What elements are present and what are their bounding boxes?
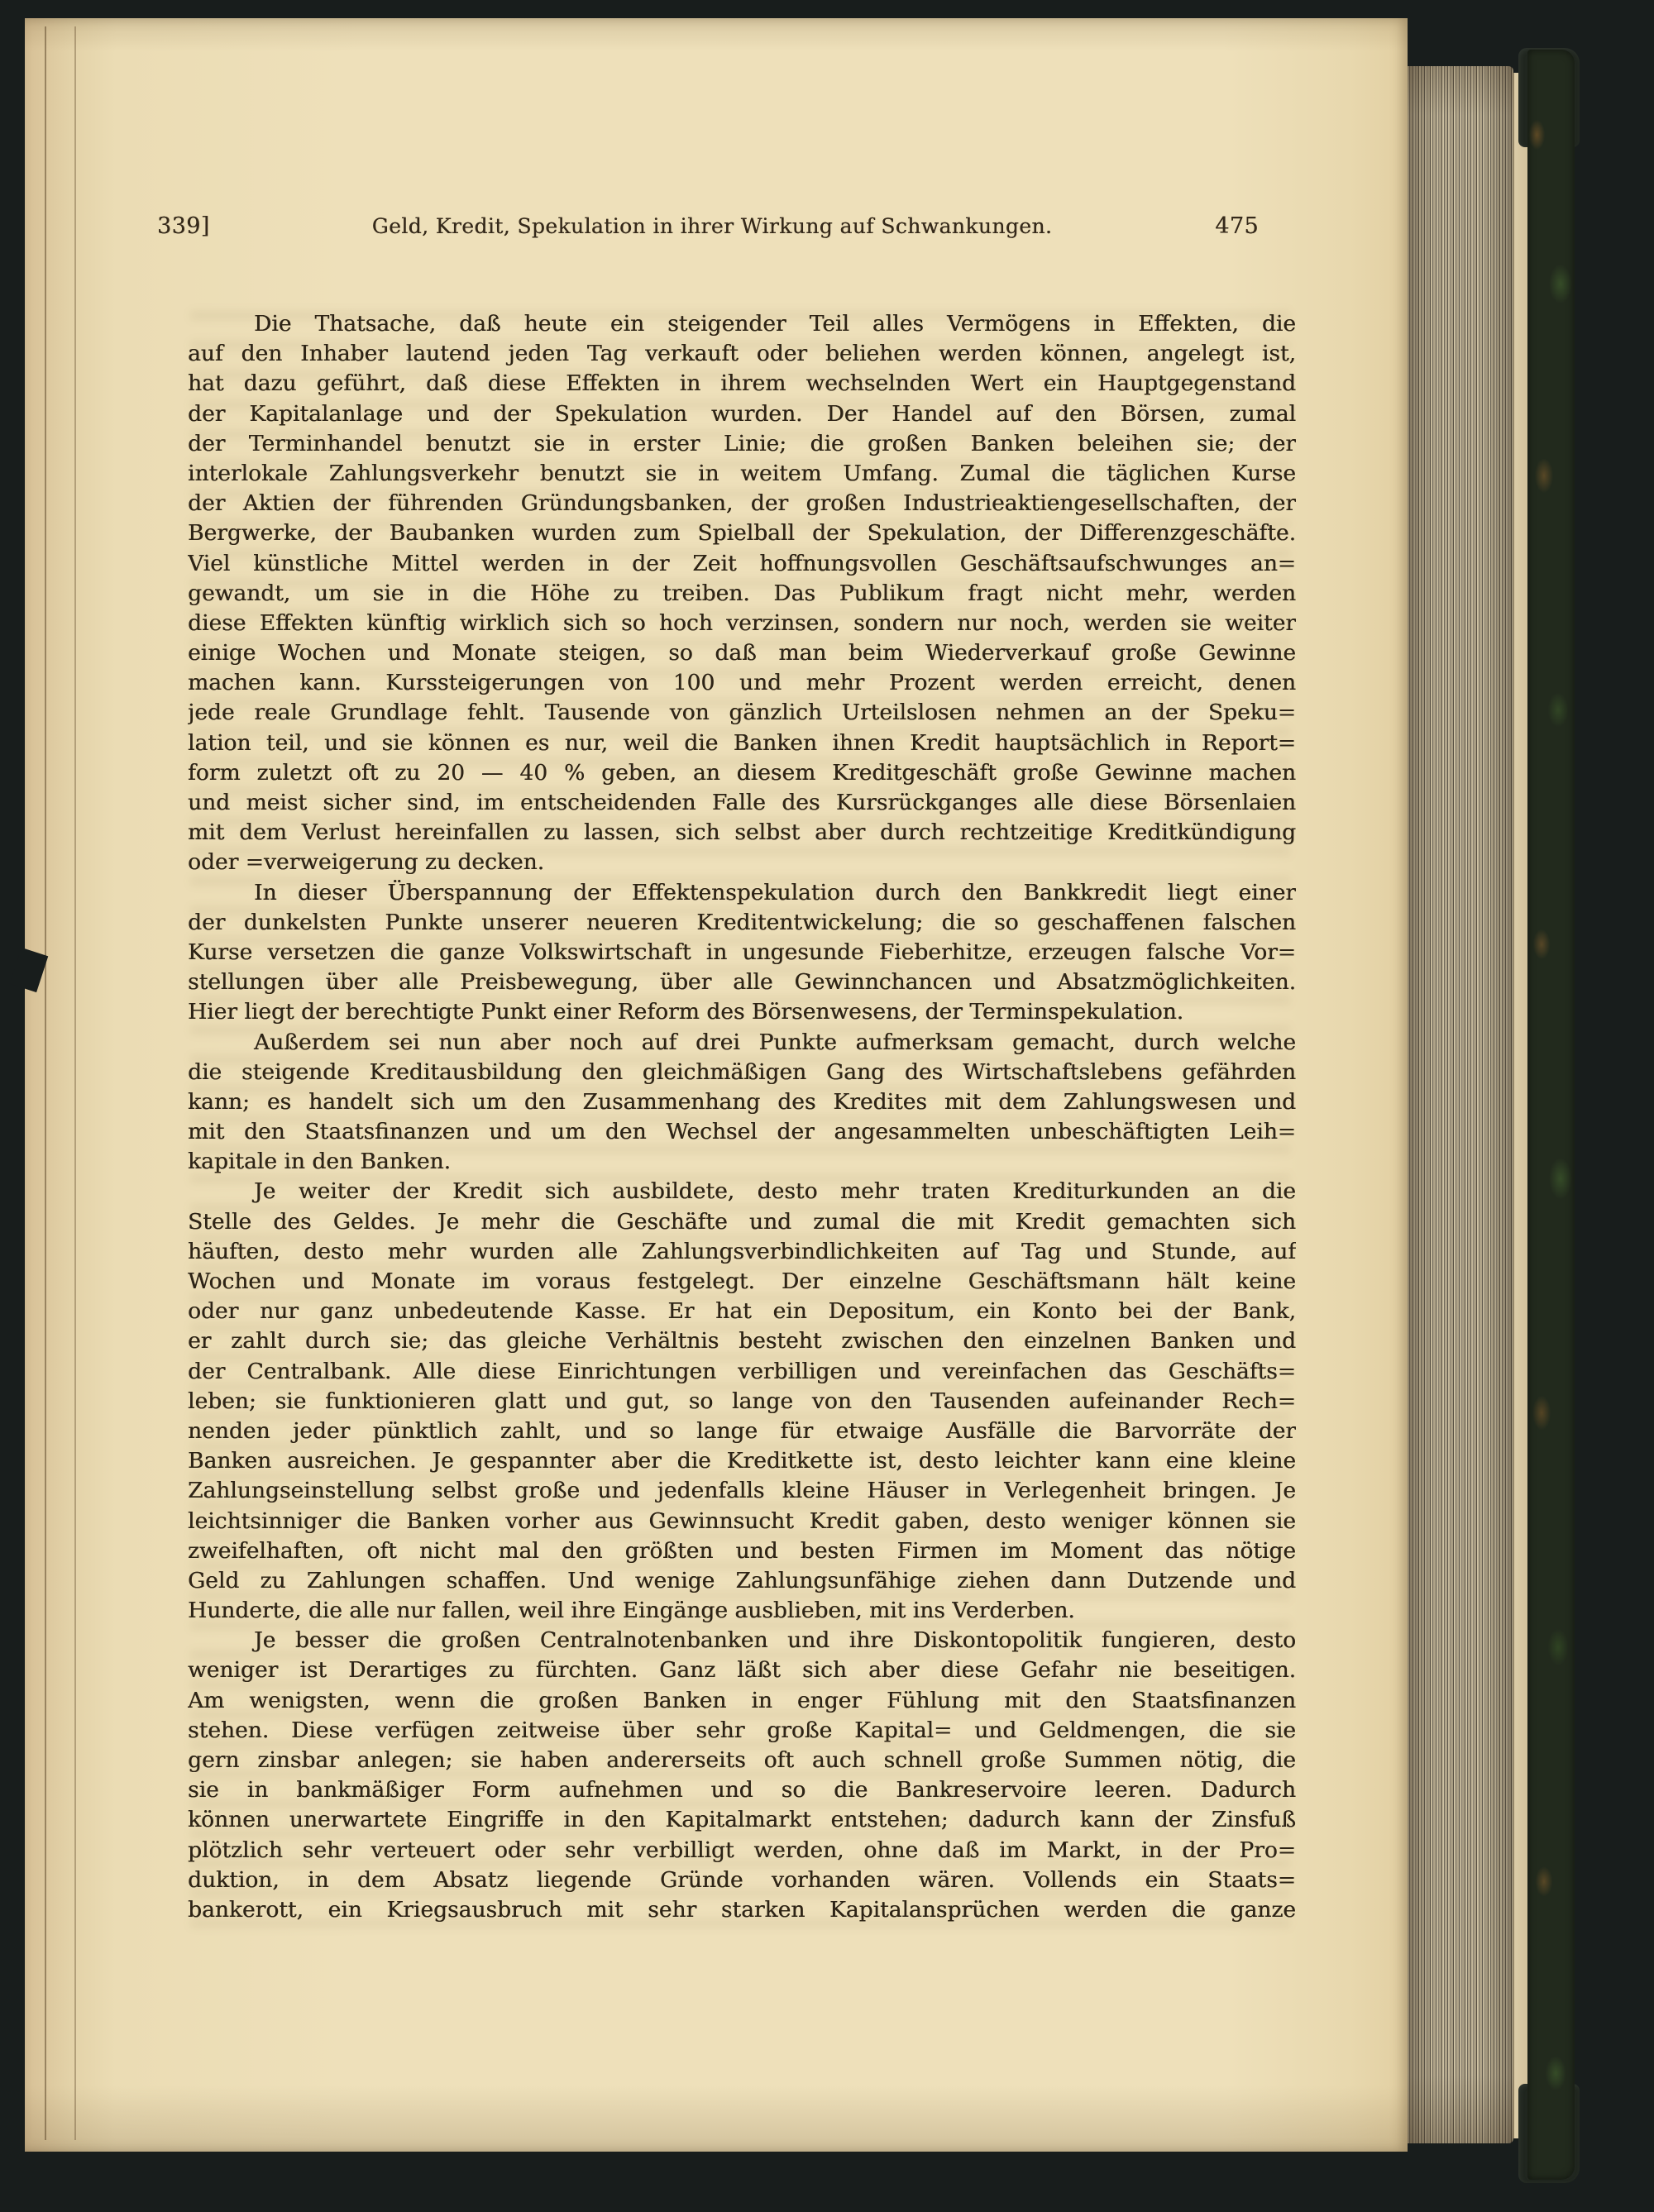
text-line: Stelle des Geldes. Je mehr die Geschäfte… bbox=[188, 1207, 1296, 1237]
paragraph: Außerdem sei nun aber noch auf drei Punk… bbox=[188, 1028, 1296, 1178]
text-line: Hunderte, die alle nur fallen, weil ihre… bbox=[188, 1596, 1296, 1626]
text-line: Geld zu Zahlungen schaffen. Und wenige Z… bbox=[188, 1566, 1296, 1596]
text-line: der Aktien der führenden Gründungsbanken… bbox=[188, 489, 1296, 518]
text-line: Je weiter der Kredit sich ausbildete, de… bbox=[188, 1177, 1296, 1206]
paragraph: Die Thatsache, daß heute ein steigender … bbox=[188, 309, 1296, 878]
text-line: sie in bankmäßiger Form aufnehmen und so… bbox=[188, 1775, 1296, 1805]
text-line: jede reale Grundlage fehlt. Tausende von… bbox=[188, 698, 1296, 728]
text-line: der Terminhandel benutzt sie in erster L… bbox=[188, 429, 1296, 459]
paragraph: In dieser Überspannung der Effektenspeku… bbox=[188, 878, 1296, 1028]
text-line: kapitale in den Banken. bbox=[188, 1147, 1296, 1177]
paragraph: Je weiter der Kredit sich ausbildete, de… bbox=[188, 1177, 1296, 1626]
text-line: nenden jeder pünktlich zahlt, und so lan… bbox=[188, 1417, 1296, 1446]
gutter-page-edge-line bbox=[45, 26, 46, 2140]
flyleaf-edge bbox=[1513, 73, 1527, 2138]
text-line: Am wenigsten, wenn die großen Banken in … bbox=[188, 1686, 1296, 1716]
folio-marker: 339] bbox=[157, 213, 281, 239]
text-line: leben; sie funktionieren glatt und gut, … bbox=[188, 1387, 1296, 1417]
page-body-text: Die Thatsache, daß heute ein steigender … bbox=[188, 309, 1296, 1925]
text-line: der dunkelsten Punkte unserer neueren Kr… bbox=[188, 908, 1296, 938]
text-line: und meist sicher sind, im entscheidenden… bbox=[188, 788, 1296, 818]
text-line: Bergwerke, der Baubanken wurden zum Spie… bbox=[188, 518, 1296, 548]
text-line: der Centralbank. Alle diese Einrichtunge… bbox=[188, 1357, 1296, 1387]
text-line: häuften, desto mehr wurden alle Zahlungs… bbox=[188, 1237, 1296, 1267]
gutter-page-edge-line bbox=[74, 26, 76, 2140]
text-line: duktion, in dem Absatz liegende Gründe v… bbox=[188, 1866, 1296, 1895]
text-line: hat dazu geführt, daß diese Effekten in … bbox=[188, 369, 1296, 399]
text-line: einige Wochen und Monate steigen, so daß… bbox=[188, 638, 1296, 668]
text-line: Kurse versetzen die ganze Volkswirtschaf… bbox=[188, 938, 1296, 967]
text-line: Je besser die großen Centralnotenbanken … bbox=[188, 1626, 1296, 1655]
text-line: stehen. Diese verfügen zeitweise über se… bbox=[188, 1716, 1296, 1746]
text-line: kann; es handelt sich um den Zusammenhan… bbox=[188, 1087, 1296, 1117]
text-line: diese Effekten künftig wirklich sich so … bbox=[188, 609, 1296, 638]
page-tear-notch bbox=[10, 948, 49, 992]
text-line: oder =verweigerung zu decken. bbox=[188, 848, 1296, 877]
text-line: Viel künstliche Mittel werden in der Zei… bbox=[188, 549, 1296, 579]
text-line: stellungen über alle Preisbewegung, über… bbox=[188, 967, 1296, 997]
text-line: weniger ist Derartiges zu fürchten. Ganz… bbox=[188, 1655, 1296, 1685]
text-line: er zahlt durch sie; das gleiche Verhältn… bbox=[188, 1326, 1296, 1356]
running-head: 339] Geld, Kredit, Spekulation in ihrer … bbox=[157, 213, 1298, 239]
text-line: Hier liegt der berechtigte Punkt einer R… bbox=[188, 997, 1296, 1027]
text-line: auf den Inhaber lautend jeden Tag verkau… bbox=[188, 339, 1296, 369]
book-scan: 339] Geld, Kredit, Spekulation in ihrer … bbox=[0, 0, 1654, 2212]
text-line: interlokale Zahlungsverkehr benutzt sie … bbox=[188, 459, 1296, 489]
text-line: lation teil, und sie können es nur, weil… bbox=[188, 729, 1296, 758]
fore-edge-page-stack bbox=[1408, 66, 1513, 2143]
text-line: Wochen und Monate im voraus festgelegt. … bbox=[188, 1267, 1296, 1297]
text-line: plötzlich sehr verteuert oder sehr verbi… bbox=[188, 1836, 1296, 1866]
text-line: Außerdem sei nun aber noch auf drei Punk… bbox=[188, 1028, 1296, 1058]
text-line: bankerott, ein Kriegsausbruch mit sehr s… bbox=[188, 1895, 1296, 1925]
running-title: Geld, Kredit, Spekulation in ihrer Wirku… bbox=[281, 214, 1143, 238]
text-line: mit den Staatsfinanzen und um den Wechse… bbox=[188, 1117, 1296, 1147]
text-line: die steigende Kreditausbildung den gleic… bbox=[188, 1058, 1296, 1087]
text-line: zweifelhaften, oft nicht mal den größten… bbox=[188, 1536, 1296, 1566]
text-line: leichtsinniger die Banken vorher aus Gew… bbox=[188, 1507, 1296, 1536]
page-number: 475 bbox=[1143, 213, 1298, 239]
text-line: mit dem Verlust hereinfallen zu lassen, … bbox=[188, 818, 1296, 848]
text-line: gewandt, um sie in die Höhe zu treiben. … bbox=[188, 579, 1296, 609]
text-line: der Kapitalanlage und der Spekulation wu… bbox=[188, 399, 1296, 429]
text-line: oder nur ganz unbedeutende Kasse. Er hat… bbox=[188, 1297, 1296, 1326]
text-line: Banken ausreichen. Je gespannter aber di… bbox=[188, 1446, 1296, 1476]
text-line: Die Thatsache, daß heute ein steigender … bbox=[188, 309, 1296, 339]
text-line: Zahlungseinstellung selbst große und jed… bbox=[188, 1476, 1296, 1506]
text-line: machen kann. Kurssteigerungen von 100 un… bbox=[188, 668, 1296, 698]
book-cover-marbled-edge bbox=[1527, 50, 1575, 2180]
paragraph: Je besser die großen Centralnotenbanken … bbox=[188, 1626, 1296, 1925]
text-line: können unerwartete Eingriffe in den Kapi… bbox=[188, 1805, 1296, 1835]
text-line: gern zinsbar anlegen; sie haben anderers… bbox=[188, 1746, 1296, 1775]
book-page: 339] Geld, Kredit, Spekulation in ihrer … bbox=[25, 18, 1408, 2152]
text-line: In dieser Überspannung der Effektenspeku… bbox=[188, 878, 1296, 908]
text-line: form zuletzt oft zu 20 — 40 % geben, an … bbox=[188, 758, 1296, 788]
